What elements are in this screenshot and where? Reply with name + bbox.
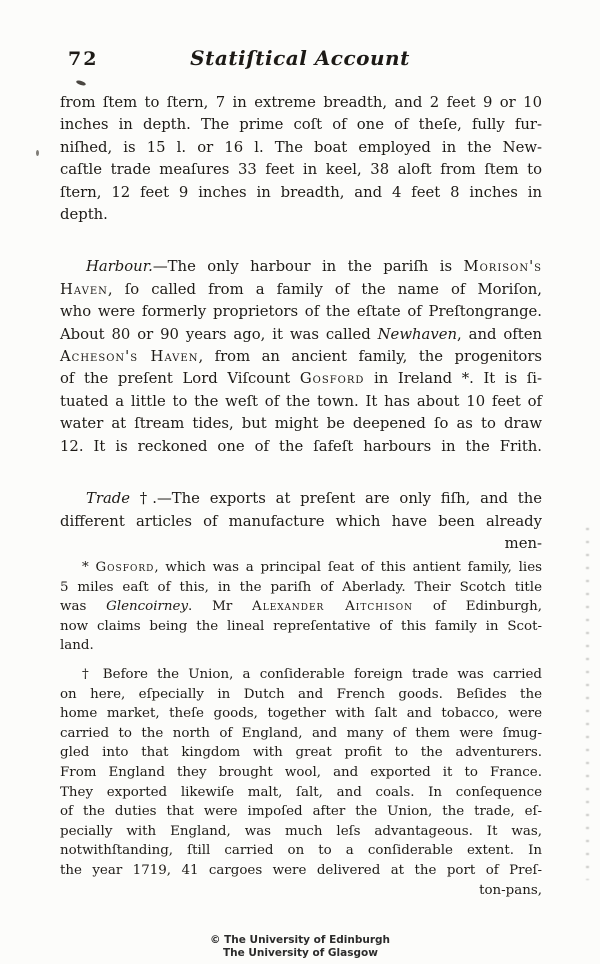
text-line: men- xyxy=(60,533,542,555)
text-line: Haven, ſo called from a family of the na… xyxy=(60,279,542,301)
footnote-gosford: * Gosford, which was a principal ſeat of… xyxy=(60,558,542,656)
text-line: Acheson's Haven, from an ancient family,… xyxy=(60,346,542,368)
text-line: caſtle trade meaſures 33 feet in keel, 3… xyxy=(60,159,542,181)
scanned-book-page: 72 Statiſtical Account from ſtem to ſter… xyxy=(0,0,600,964)
page-header: 72 Statiſtical Account xyxy=(60,46,540,76)
watermark-line-1: © The University of Edinburgh xyxy=(210,934,390,947)
text-line: pecially with England, was much leſs adv… xyxy=(60,822,542,842)
bleedthrough-marks-artifact xyxy=(586,528,589,880)
text-line: ton-pans, xyxy=(60,881,542,901)
text-line: depth. xyxy=(60,204,542,226)
text-line: different articles of manufacture which … xyxy=(60,511,542,533)
watermark-text: © The University of Edinburgh The Univer… xyxy=(210,934,390,960)
text-line: of the duties that were impoſed after th… xyxy=(60,802,542,822)
text-line: 12. It is reckoned one of the ſafeſt har… xyxy=(60,436,542,458)
text-line: ſtern, 12 feet 9 inches in breadth, and … xyxy=(60,182,542,204)
text-line: niſhed, is 15 l. or 16 l. The boat emplo… xyxy=(60,137,542,159)
text-line: on here, eſpecially in Dutch and French … xyxy=(60,685,542,705)
text-line: notwithſtanding, ſtill carried on to a c… xyxy=(60,841,542,861)
scan-dot-artifact xyxy=(36,150,39,156)
text-line: inches in depth. The prime coſt of one o… xyxy=(60,114,542,136)
footnotes: * Gosford, which was a principal ſeat of… xyxy=(60,558,542,909)
boat-continuation-paragraph: from ſtem to ſtern, 7 in extreme breadth… xyxy=(60,92,542,226)
text-line: water at ſtream tides, but might be deep… xyxy=(60,413,542,435)
text-line: of the preſent Lord Viſcount Gosford in … xyxy=(60,368,542,390)
text-line: now claims being the lineal repreſentati… xyxy=(60,617,542,637)
text-line: About 80 or 90 years ago, it was called … xyxy=(60,324,542,346)
body-text: from ſtem to ſtern, 7 in extreme breadth… xyxy=(60,92,542,555)
text-line: * Gosford, which was a principal ſeat of… xyxy=(60,558,542,578)
footnote-trade-union: † Before the Union, a conſiderable forei… xyxy=(60,665,542,900)
text-line: land. xyxy=(60,636,542,656)
text-line: Harbour.—The only harbour in the pariſh … xyxy=(60,256,542,278)
watermark-line-2: The University of Glasgow xyxy=(210,947,390,960)
text-line: the year 1719, 41 cargoes were delivered… xyxy=(60,861,542,881)
text-line: gled into that kingdom with great profit… xyxy=(60,743,542,763)
text-line: from ſtem to ſtern, 7 in extreme breadth… xyxy=(60,92,542,114)
trade-paragraph: Trade †.—The exports at preſent are only… xyxy=(60,488,542,555)
text-line: home market, theſe goods, together with … xyxy=(60,704,542,724)
text-line: was Glencoirney. Mr Alexander Aitchison … xyxy=(60,597,542,617)
running-title: Statiſtical Account xyxy=(60,46,540,70)
harbour-paragraph: Harbour.—The only harbour in the pariſh … xyxy=(60,256,542,458)
text-line: They exported likewiſe malt, ſalt, and c… xyxy=(60,783,542,803)
scan-smudge-artifact xyxy=(76,80,87,87)
text-line: 5 miles eaſt of this, in the pariſh of A… xyxy=(60,578,542,598)
digitization-watermark: © The University of Edinburgh The Univer… xyxy=(0,934,600,960)
text-line: † Before the Union, a conſiderable forei… xyxy=(60,665,542,685)
text-line: who were formerly proprietors of the eſt… xyxy=(60,301,542,323)
text-line: tuated a little to the weſt of the town.… xyxy=(60,391,542,413)
text-line: carried to the north of England, and man… xyxy=(60,724,542,744)
text-line: Trade †.—The exports at preſent are only… xyxy=(60,488,542,510)
text-line: From England they brought wool, and expo… xyxy=(60,763,542,783)
